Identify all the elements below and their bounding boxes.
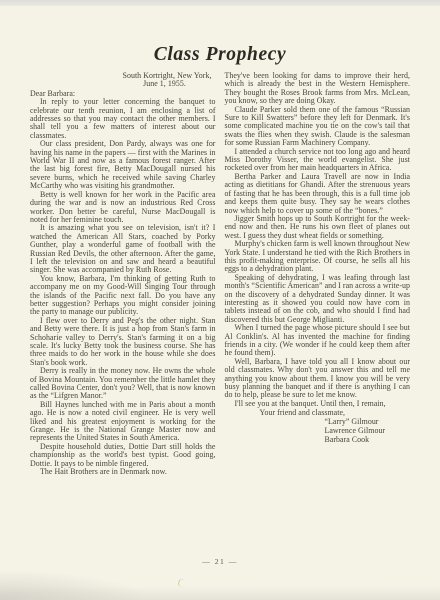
paragraph: I flew over to Derry and Peg's the other…: [30, 317, 216, 367]
paragraph: Speaking of dehydrating, I was leafing t…: [225, 274, 411, 324]
right-column: They've been looking for dams to improve…: [225, 72, 411, 477]
paragraph: Betty is well known for her work in the …: [30, 191, 216, 225]
scan-edge-bottom: [0, 586, 440, 600]
letter-address: South Kortright, New York, June 1, 1955.: [100, 72, 212, 89]
address-date: June 1, 1955.: [100, 80, 212, 88]
paragraph: It is amazing what you see on television…: [30, 224, 216, 274]
page-title: Class Prophecy: [0, 44, 440, 66]
scan-edge-top: [0, 0, 440, 6]
letter-closing: Your friend and classmate, “Larry” Gilmo…: [225, 409, 411, 444]
paragraph: Despite household duties, Dottie Dart st…: [30, 443, 216, 468]
paragraph: The Hait Brothers are in Denmark now.: [30, 468, 216, 476]
paragraph: Bill Haynes lunched with me in Paris abo…: [30, 401, 216, 443]
paragraph-continuation: They've been looking for dams to improve…: [225, 72, 411, 106]
paragraph: I'll see you at the banquet. Until then,…: [225, 400, 411, 408]
paragraph: Jigger Smith hops up to South Kortright …: [225, 215, 411, 240]
paragraph: When I turned the page whose picture sho…: [225, 324, 411, 358]
page-number: — 21 —: [0, 557, 440, 566]
paragraph: Well, Barbara, I have told you all I kno…: [225, 358, 411, 400]
paragraph: In reply to your letter concerning the b…: [30, 98, 216, 140]
paragraph: You know, Barbara, I'm thinking of getti…: [30, 275, 216, 317]
left-column: South Kortright, New York, June 1, 1955.…: [30, 72, 216, 477]
letter-body: South Kortright, New York, June 1, 1955.…: [30, 72, 410, 477]
paragraph: I attended a church service not too long…: [225, 148, 411, 173]
paragraph: Bertha Parker and Laura Travell are now …: [225, 173, 411, 215]
paragraph: Derry is really in the money now. He own…: [30, 367, 216, 401]
paragraph: Claude Parker sold them one of the famou…: [225, 106, 411, 148]
signature-cowriter: Barbara Cook: [325, 436, 411, 444]
paragraph: Our class president, Don Pardy, always w…: [30, 140, 216, 190]
paragraph: Murphy's chicken farm is well known thro…: [225, 240, 411, 274]
